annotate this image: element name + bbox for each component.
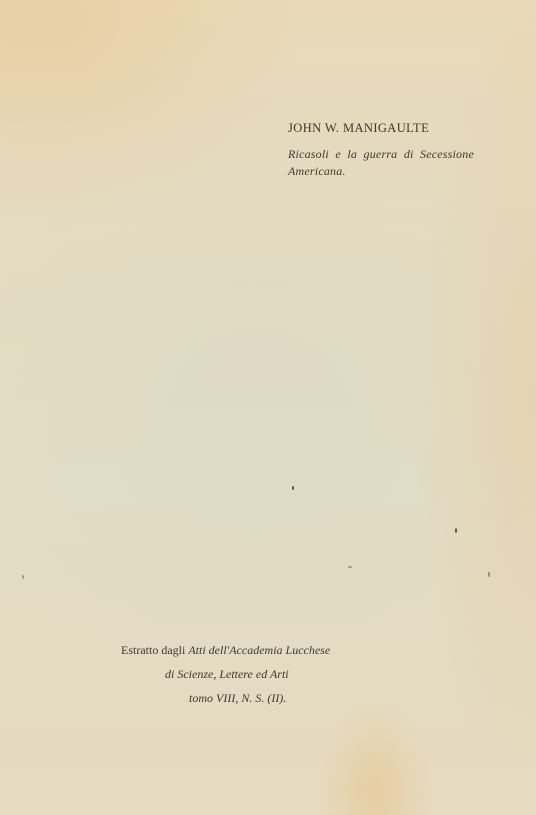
paper-speck	[455, 528, 457, 533]
extract-line-2: di Scienze, Lettere ed Arti	[165, 667, 289, 682]
extract-journal: Atti dell'Accademia Lucchese	[188, 643, 330, 657]
paper-speck	[348, 566, 352, 568]
extract-line-3: tomo VIII, N. S. (II).	[189, 691, 286, 706]
title-line-2: Americana.	[288, 163, 488, 180]
document-page: JOHN W. MANIGAULTE Ricasoli e la guerra …	[0, 0, 536, 815]
paper-speck	[488, 572, 490, 577]
extract-prefix: Estratto dagli	[121, 643, 188, 657]
paper-speck	[292, 487, 293, 489]
extract-journal-continued: di Scienze, Lettere ed Arti	[165, 667, 289, 681]
paper-speck	[22, 575, 24, 579]
extract-volume: tomo VIII, N. S. (II).	[189, 691, 286, 705]
author-name: JOHN W. MANIGAULTE	[288, 121, 429, 136]
extract-line-1: Estratto dagli Atti dell'Accademia Lucch…	[121, 643, 330, 658]
document-title: Ricasoli e la guerra di Secessione Ameri…	[288, 146, 488, 180]
title-line-1: Ricasoli e la guerra di Secessione	[288, 146, 474, 163]
